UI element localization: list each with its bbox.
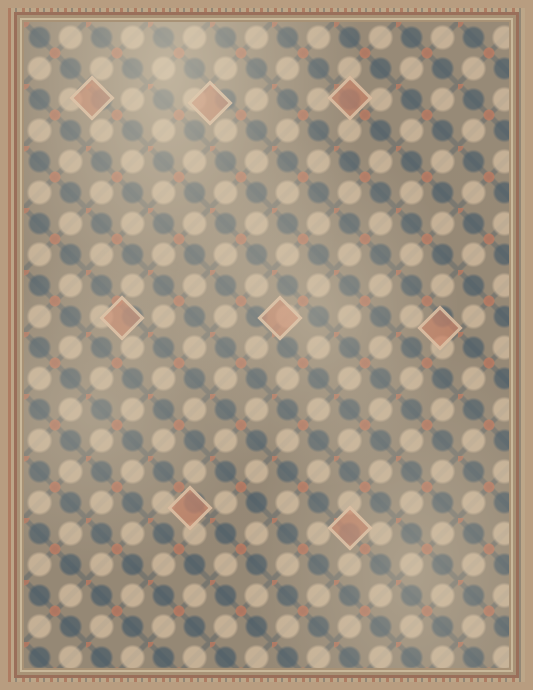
rug: [0, 0, 533, 690]
rug-field-pattern: [24, 22, 509, 668]
rug-distressed-overlay: [24, 22, 509, 668]
